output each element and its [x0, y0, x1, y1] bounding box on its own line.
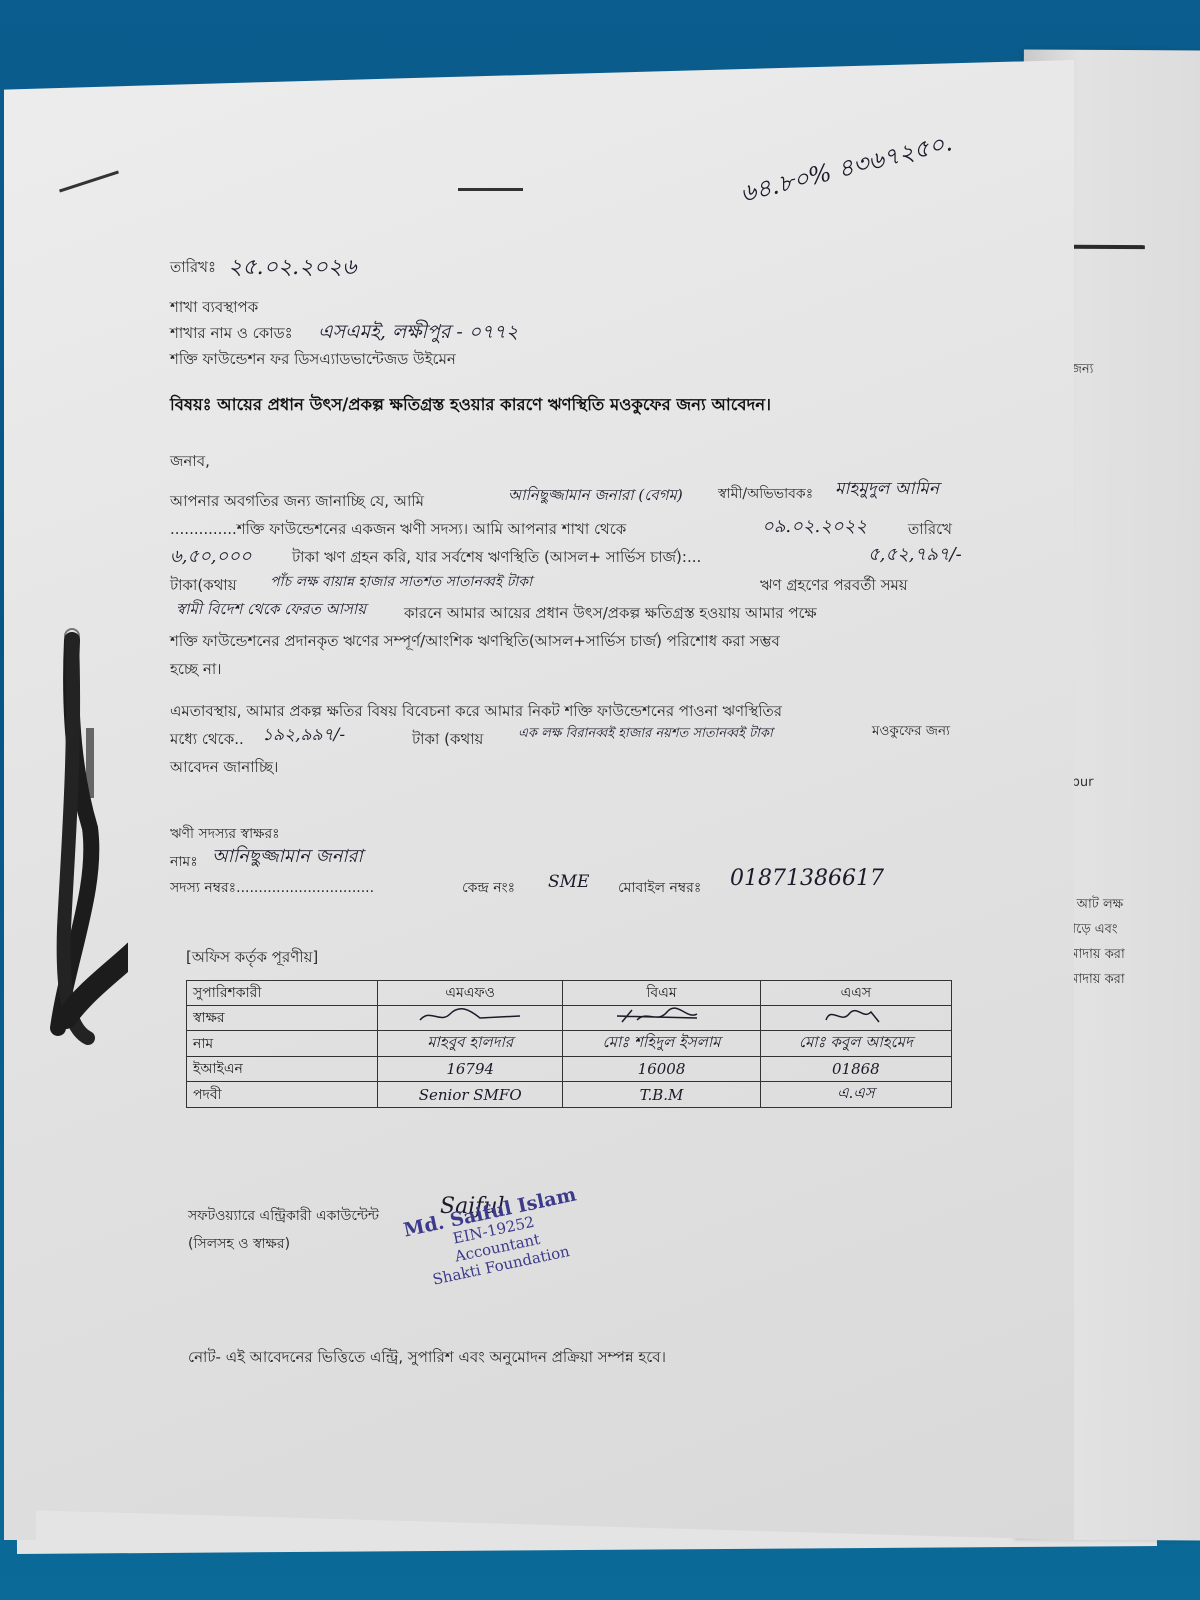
mobile-label: মোবাইল নম্বরঃ	[618, 876, 701, 900]
document-content: ৬৪.৮০% ৪৩৬৭২৫০. তারিখঃ ২৫.০২.২০২৬ শাখা ব…	[0, 0, 1200, 1600]
accountant-label: সফটওয়্যারে এন্ট্রিকারী একাউন্টেন্ট	[188, 1204, 379, 1228]
loan-date: ০৯.০২.২০২২	[762, 512, 867, 543]
in-words-label: টাকা(কথায়	[170, 574, 237, 599]
loan-amount: ৬,৫০,০০০	[170, 542, 252, 573]
table-cell: 16008	[563, 1057, 760, 1082]
table-cell: 01868	[760, 1057, 951, 1082]
office-use-table: সুপারিশকারী এমএফও বিএম এএস স্বাক্ষর নাম …	[186, 980, 952, 1108]
top-annotation: ৬৪.৮০% ৪৩৬৭২৫০.	[736, 124, 956, 215]
member-number-label: সদস্য নম্বরঃ............................…	[170, 876, 374, 900]
table-cell: T.B.M	[563, 1082, 760, 1108]
para2-closing: আবেদন জানাচ্ছি।	[170, 756, 278, 781]
row-label: পদবী	[187, 1082, 378, 1108]
date-value: ২৫.০২.২০২৬	[228, 250, 356, 287]
waiver-amount: ১৯২,৯৯৭/-	[262, 722, 345, 750]
para1-member-text: ..............শক্তি ফাউন্ডেশনের একজন ঋণী…	[170, 518, 626, 543]
row-label: ইআইএন	[187, 1057, 378, 1082]
file-cord-icon	[28, 628, 128, 1058]
addressee: শাখা ব্যবস্থাপক	[170, 296, 258, 321]
table-row: ইআইএন 16794 16008 01868	[187, 1057, 952, 1082]
from-label: মধ্যে থেকে..	[170, 728, 244, 753]
borrower-name-label: নামঃ	[170, 850, 198, 874]
guardian-label: স্বামী/অভিভাবকঃ	[718, 482, 813, 506]
mobile-value: 01871386617	[730, 866, 884, 891]
signature-cell	[378, 1006, 563, 1031]
waiver-suffix: মওকুফের জন্য	[872, 720, 950, 743]
center-value: SME	[548, 872, 589, 892]
table-header: সুপারিশকারী	[187, 981, 378, 1006]
table-row: পদবী Senior SMFO T.B.M এ.এস	[187, 1082, 952, 1108]
table-header: এমএফও	[378, 981, 563, 1006]
signature-icon	[415, 1006, 525, 1026]
seal-note: (সিলসহ ও স্বাক্ষর)	[188, 1232, 290, 1256]
para1-intro: আপনার অবগতির জন্য জানাচ্ছি যে, আমি	[170, 490, 424, 515]
para1-line6: হচ্ছে না।	[170, 658, 222, 683]
signature-icon	[607, 1006, 717, 1026]
pen-mark	[458, 188, 523, 191]
guardian-name: মাহমুদুল আমিন	[835, 476, 939, 504]
balance-in-words: পাঁচ লক্ষ বায়ান্ন হাজার সাতশত সাতানব্বই…	[270, 570, 532, 594]
outstanding-balance: ৫,৫২,৭৯৭/-	[868, 540, 962, 571]
signature-cell	[563, 1006, 760, 1031]
waiver-in-words: এক লক্ষ বিরানব্বই হাজার নয়শত সাতানব্বই …	[518, 724, 773, 745]
reason-text: কারনে আমার আয়ের প্রধান উৎস/প্রকল্প ক্ষত…	[404, 602, 817, 627]
pen-mark	[59, 170, 119, 192]
table-cell: মোঃ শহিদুল ইসলাম	[563, 1031, 760, 1057]
signature-cell	[760, 1006, 951, 1031]
date-label: তারিখঃ	[170, 256, 216, 281]
applicant-name: আনিছুজ্জামান জনারা (বেগম)	[508, 484, 683, 509]
table-header-row: সুপারিশকারী এমএফও বিএম এএস	[187, 981, 952, 1006]
table-cell: এ.এস	[760, 1082, 951, 1108]
para1-line5: শক্তি ফাউন্ডেশনের প্রদানকৃত ঋণের সম্পূর্…	[170, 630, 780, 655]
table-cell: 16794	[378, 1057, 563, 1082]
organization-name: শক্তি ফাউন্ডেশন ফর ডিসএ্যাডভান্টেজড উইমে…	[170, 348, 456, 373]
reason: স্বামী বিদেশ থেকে ফেরত আসায়	[176, 598, 366, 623]
footer-note: নোট- এই আবেদনের ভিত্তিতে এন্ট্রি, সুপারি…	[188, 1346, 666, 1371]
after-text: ঋণ গ্রহণের পরবর্তী সময়	[760, 574, 908, 599]
table-header: এএস	[760, 981, 951, 1006]
row-label: নাম	[187, 1031, 378, 1057]
row-label: স্বাক্ষর	[187, 1006, 378, 1031]
branch-label: শাখার নাম ও কোডঃ	[170, 322, 293, 347]
taka-label: টাকা (কথায়	[412, 728, 483, 753]
loan-text: টাকা ঋণ গ্রহন করি, যার সর্বশেষ ঋণস্থিতি …	[292, 546, 701, 571]
table-row: স্বাক্ষর	[187, 1006, 952, 1031]
office-use-label: [অফিস কর্তৃক পূরণীয়]	[186, 946, 318, 971]
table-cell: মোঃ কবুল আহমেদ	[760, 1031, 951, 1057]
center-label: কেন্দ্র নংঃ	[462, 876, 515, 900]
table-header: বিএম	[563, 981, 760, 1006]
table-row: নাম মাহবুব হালদার মোঃ শহিদুল ইসলাম মোঃ ক…	[187, 1031, 952, 1057]
salutation: জনাব,	[170, 450, 210, 475]
accountant-stamp: Md. Saiful Islam EIN-19252 Accountant Sh…	[402, 1185, 589, 1292]
subject-line: বিষয়ঃ আয়ের প্রধান উৎস/প্রকল্প ক্ষতিগ্র…	[170, 392, 771, 419]
table-cell: মাহবুব হালদার	[378, 1031, 563, 1057]
signature-icon	[801, 1006, 911, 1026]
table-cell: Senior SMFO	[378, 1082, 563, 1108]
borrower-name: আনিছুজ্জামান জনারা	[212, 842, 363, 873]
branch-value: এসএমই, লক্ষীপুর - ০৭৭২	[318, 318, 518, 350]
